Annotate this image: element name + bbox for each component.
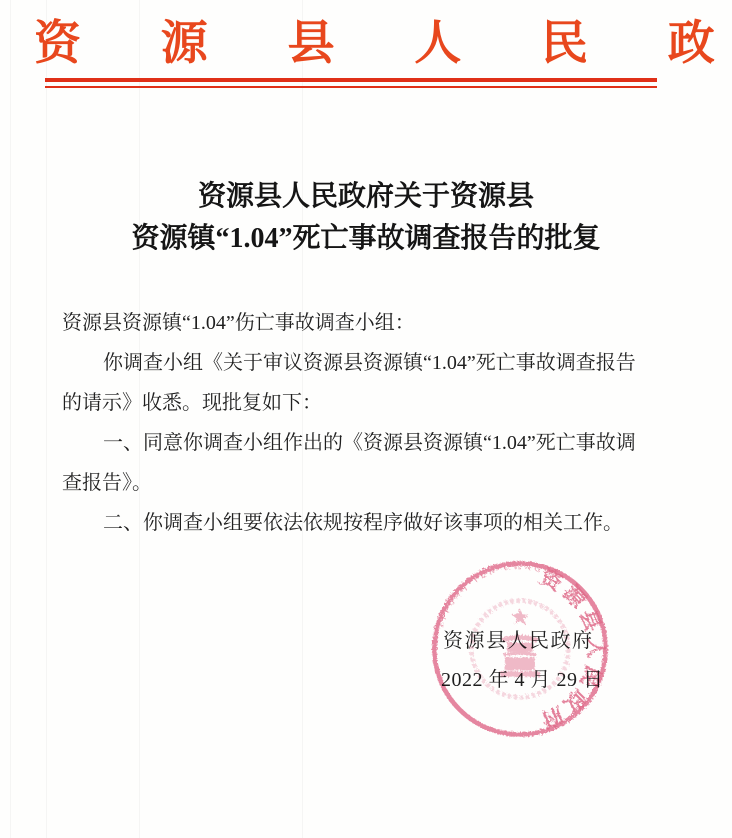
scan-artifact-line	[10, 0, 11, 838]
document-body: 资源县资源镇“1.04”伤亡事故调查小组： 你调查小组《关于审议资源县资源镇“1…	[62, 303, 672, 543]
official-seal: 资源县人民政府 ZIYUAN YEN CWNGFUI	[427, 556, 613, 742]
document-page: 资 源 县 人 民 政 府 资源县人民政府关于资源县 资源镇“1.04”死亡事故…	[0, 0, 732, 838]
document-title: 资源县人民政府关于资源县 资源镇“1.04”死亡事故调查报告的批复	[0, 176, 732, 260]
letterhead-rule-thin	[45, 86, 657, 88]
body-salutation: 资源县资源镇“1.04”伤亡事故调查小组：	[62, 303, 672, 343]
scan-artifact-line	[46, 0, 47, 838]
letterhead-title: 资 源 县 人 民 政 府	[0, 14, 732, 74]
body-item1-line1: 一、同意你调查小组作出的《资源县资源镇“1.04”死亡事故调	[62, 423, 672, 463]
document-title-line1: 资源县人民政府关于资源县	[0, 176, 732, 218]
body-item2-line1: 二、你调查小组要依法依规按程序做好该事项的相关工作。	[62, 503, 672, 543]
body-intro-line1: 你调查小组《关于审议资源县资源镇“1.04”死亡事故调查报告	[62, 343, 672, 383]
seal-national-emblem-icon	[472, 601, 569, 698]
document-title-line2: 资源镇“1.04”死亡事故调查报告的批复	[0, 218, 732, 260]
letterhead-rule-thick	[45, 78, 657, 82]
body-intro-line2: 的请示》收悉。现批复如下：	[62, 383, 672, 423]
body-item1-line2: 查报告》。	[62, 463, 672, 503]
seal-ring-text-latin: ZIYUAN YEN CWNGFUI	[427, 556, 563, 628]
seal-ring-text-cn: 资源县人民政府	[534, 564, 608, 736]
